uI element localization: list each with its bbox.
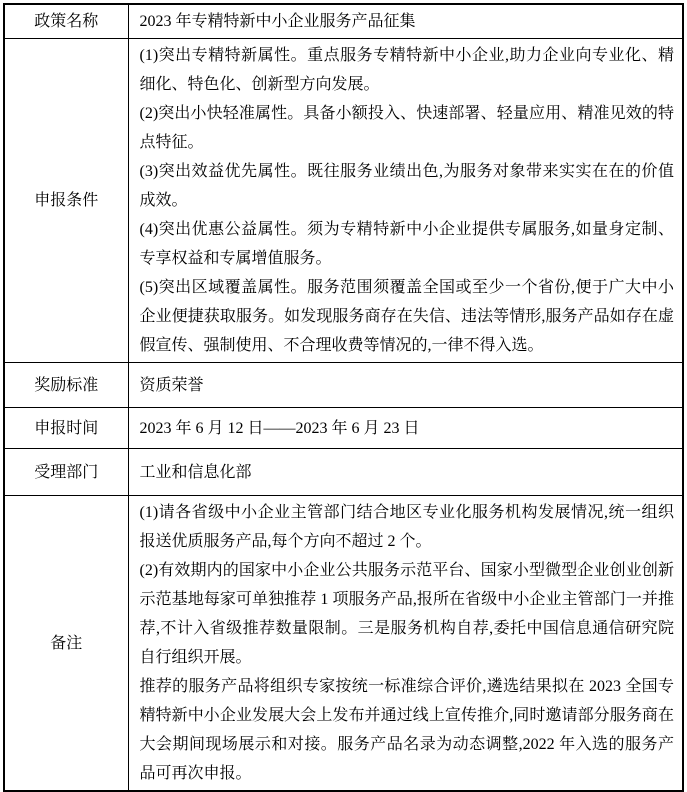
table-row-policy-name: 政策名称 2023 年专精特新中小企业服务产品征集 (4, 4, 683, 39)
remarks-paragraph-2: (2)有效期内的国家中小企业公共服务示范平台、国家小型微型企业创业创新示范基地每… (140, 556, 675, 672)
row-value-reward: 资质荣誉 (128, 363, 683, 408)
time-text: 2023 年 6 月 12 日——2023 年 6 月 23 日 (140, 414, 675, 443)
policy-info-table: 政策名称 2023 年专精特新中小企业服务产品征集 申报条件 (1)突出专精特新… (3, 3, 684, 792)
policy-name-text: 2023 年专精特新中小企业服务产品征集 (140, 7, 675, 36)
row-value-time: 2023 年 6 月 12 日——2023 年 6 月 23 日 (128, 408, 683, 449)
remarks-paragraph-1: (1)请各省级中小企业主管部门结合地区专业化服务机构发展情况,统一组织报送优质服… (140, 498, 675, 556)
row-label-reward: 奖励标准 (4, 363, 128, 408)
condition-paragraph-4: (4)突出优惠公益属性。须为专精特新中小企业提供专属服务,如量身定制、专享权益和… (140, 215, 675, 273)
table-row-conditions: 申报条件 (1)突出专精特新属性。重点服务专精特新中小企业,助力企业向专业化、精… (4, 39, 683, 363)
table-row-remarks: 备注 (1)请各省级中小企业主管部门结合地区专业化服务机构发展情况,统一组织报送… (4, 496, 683, 792)
reward-text: 资质荣誉 (140, 371, 675, 400)
condition-paragraph-3: (3)突出效益优先属性。既往服务业绩出色,为服务对象带来实实在在的价值成效。 (140, 157, 675, 215)
row-value-remarks: (1)请各省级中小企业主管部门结合地区专业化服务机构发展情况,统一组织报送优质服… (128, 496, 683, 792)
row-value-department: 工业和信息化部 (128, 449, 683, 496)
condition-paragraph-2: (2)突出小快轻准属性。具备小额投入、快速部署、轻量应用、精准见效的特点特征。 (140, 99, 675, 157)
condition-paragraph-1: (1)突出专精特新属性。重点服务专精特新中小企业,助力企业向专业化、精细化、特色… (140, 41, 675, 99)
row-label-time: 申报时间 (4, 408, 128, 449)
row-label-remarks: 备注 (4, 496, 128, 792)
remarks-paragraph-3: 推荐的服务产品将组织专家按统一标准综合评价,遴选结果拟在 2023 全国专精特新… (140, 672, 675, 788)
condition-paragraph-5: (5)突出区域覆盖属性。服务范围须覆盖全国或至少一个省份,便于广大中小企业便捷获… (140, 273, 675, 360)
document-page: 政策名称 2023 年专精特新中小企业服务产品征集 申报条件 (1)突出专精特新… (0, 0, 687, 778)
row-value-policy-name: 2023 年专精特新中小企业服务产品征集 (128, 4, 683, 39)
table-row-time: 申报时间 2023 年 6 月 12 日——2023 年 6 月 23 日 (4, 408, 683, 449)
table-row-department: 受理部门 工业和信息化部 (4, 449, 683, 496)
row-label-department: 受理部门 (4, 449, 128, 496)
row-label-conditions: 申报条件 (4, 39, 128, 363)
department-text: 工业和信息化部 (140, 458, 675, 487)
row-label-policy-name: 政策名称 (4, 4, 128, 39)
row-value-conditions: (1)突出专精特新属性。重点服务专精特新中小企业,助力企业向专业化、精细化、特色… (128, 39, 683, 363)
table-row-reward: 奖励标准 资质荣誉 (4, 363, 683, 408)
